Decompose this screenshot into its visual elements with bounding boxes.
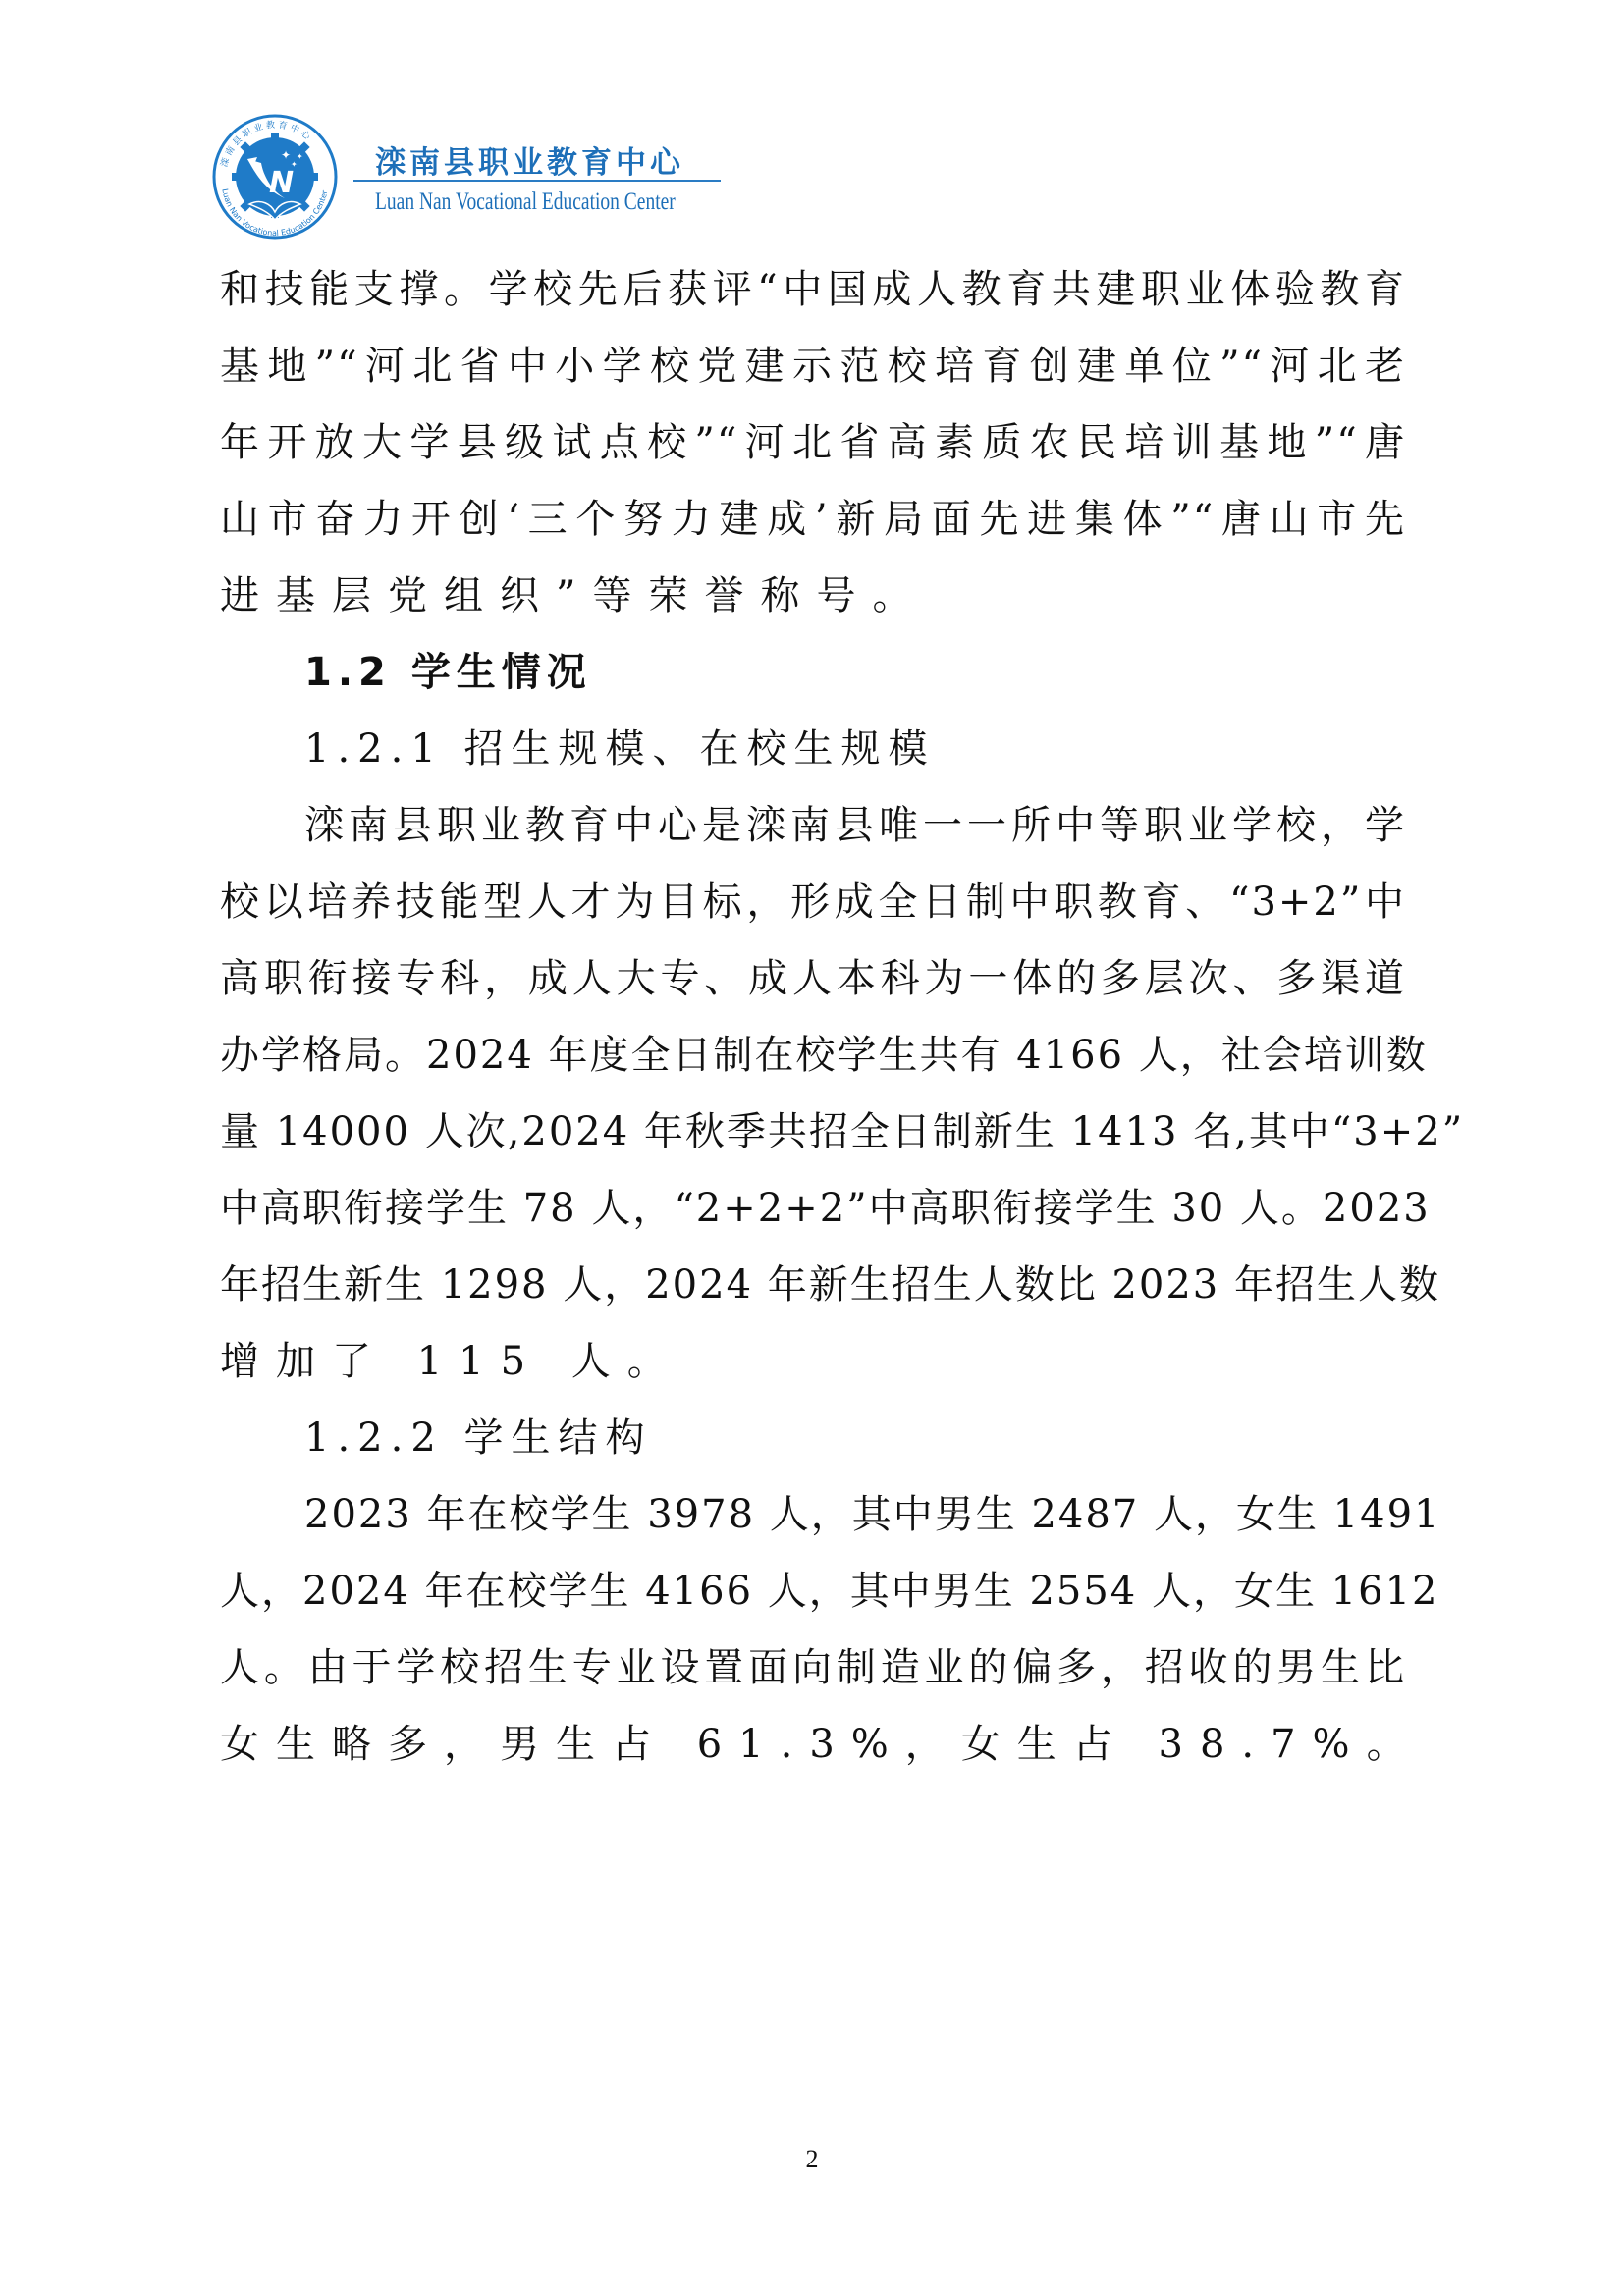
svg-text:✦: ✦: [291, 160, 298, 169]
text-line: 年招生新生 1298 人，2024 年新生招生人数比 2023 年招生人数: [220, 1255, 1406, 1332]
svg-text:N: N: [269, 166, 294, 200]
document-body: 和技能支撑。学校先后获评“中国成人教育共建职业体验教育 基地”“河北省中小学校党…: [220, 260, 1406, 1791]
text-line: 人，2024 年在校学生 4166 人，其中男生 2554 人，女生 1612: [220, 1562, 1406, 1638]
text-line: 增加了 115 人。: [220, 1332, 1406, 1409]
header-divider: [353, 180, 721, 182]
enrollment-paragraph: 滦南县职业教育中心是滦南县唯一一所中等职业学校，学 校以培养技能型人才为目标，形…: [220, 796, 1406, 1409]
section-heading-1-2: 1.2 学生情况: [220, 643, 1406, 720]
page-number: 2: [0, 2145, 1624, 2174]
text-line: 和技能支撑。学校先后获评“中国成人教育共建职业体验教育: [220, 260, 1406, 337]
org-name-cn: 滦南县职业教育中心: [375, 137, 684, 182]
svg-text:✦: ✦: [297, 152, 303, 161]
text-line: 基地”“河北省中小学校党建示范校培育创建单位”“河北老: [220, 337, 1406, 413]
text-line: 人。由于学校招生专业设置面向制造业的偏多，招收的男生比: [220, 1638, 1406, 1715]
intro-paragraph: 和技能支撑。学校先后获评“中国成人教育共建职业体验教育 基地”“河北省中小学校党…: [220, 260, 1406, 643]
text-line: 年开放大学县级试点校”“河北省高素质农民培训基地”“唐: [220, 413, 1406, 490]
text-line: 办学格局。2024 年度全日制在校学生共有 4166 人，社会培训数: [220, 1026, 1406, 1102]
svg-text:✦: ✦: [281, 148, 291, 162]
text-line: 校以培养技能型人才为目标，形成全日制中职教育、“3+2”中: [220, 873, 1406, 949]
text-line: 山市奋力开创‘三个努力建成’新局面先进集体”“唐山市先: [220, 490, 1406, 566]
text-line: 进基层党组织”等荣誉称号。: [220, 566, 1406, 643]
text-line: 滦南县职业教育中心是滦南县唯一一所中等职业学校，学: [220, 796, 1406, 873]
text-line: 高职衔接专科，成人大专、成人本科为一体的多层次、多渠道: [220, 949, 1406, 1026]
letterhead: N ✦ ✦ ✦ 滦南县职业教育中心 Luan Nan Vocational Ed…: [210, 112, 740, 244]
text-line: 2023 年在校学生 3978 人，其中男生 2487 人，女生 1491: [220, 1485, 1406, 1562]
text-line: 女生略多，男生占 61.3%，女生占 38.7%。: [220, 1715, 1406, 1791]
text-line: 中高职衔接学生 78 人，“2+2+2”中高职衔接学生 30 人。2023: [220, 1179, 1406, 1255]
school-emblem-icon: N ✦ ✦ ✦ 滦南县职业教育中心 Luan Nan Vocational Ed…: [212, 114, 338, 240]
student-structure-paragraph: 2023 年在校学生 3978 人，其中男生 2487 人，女生 1491 人，…: [220, 1485, 1406, 1791]
org-name-en: Luan Nan Vocational Education Center: [375, 188, 676, 216]
subsection-heading-1-2-1: 1.2.1 招生规模、在校生规模: [220, 720, 1406, 796]
text-line: 量 14000 人次,2024 年秋季共招全日制新生 1413 名,其中“3+2…: [220, 1102, 1406, 1179]
subsection-heading-1-2-2: 1.2.2 学生结构: [220, 1409, 1406, 1485]
